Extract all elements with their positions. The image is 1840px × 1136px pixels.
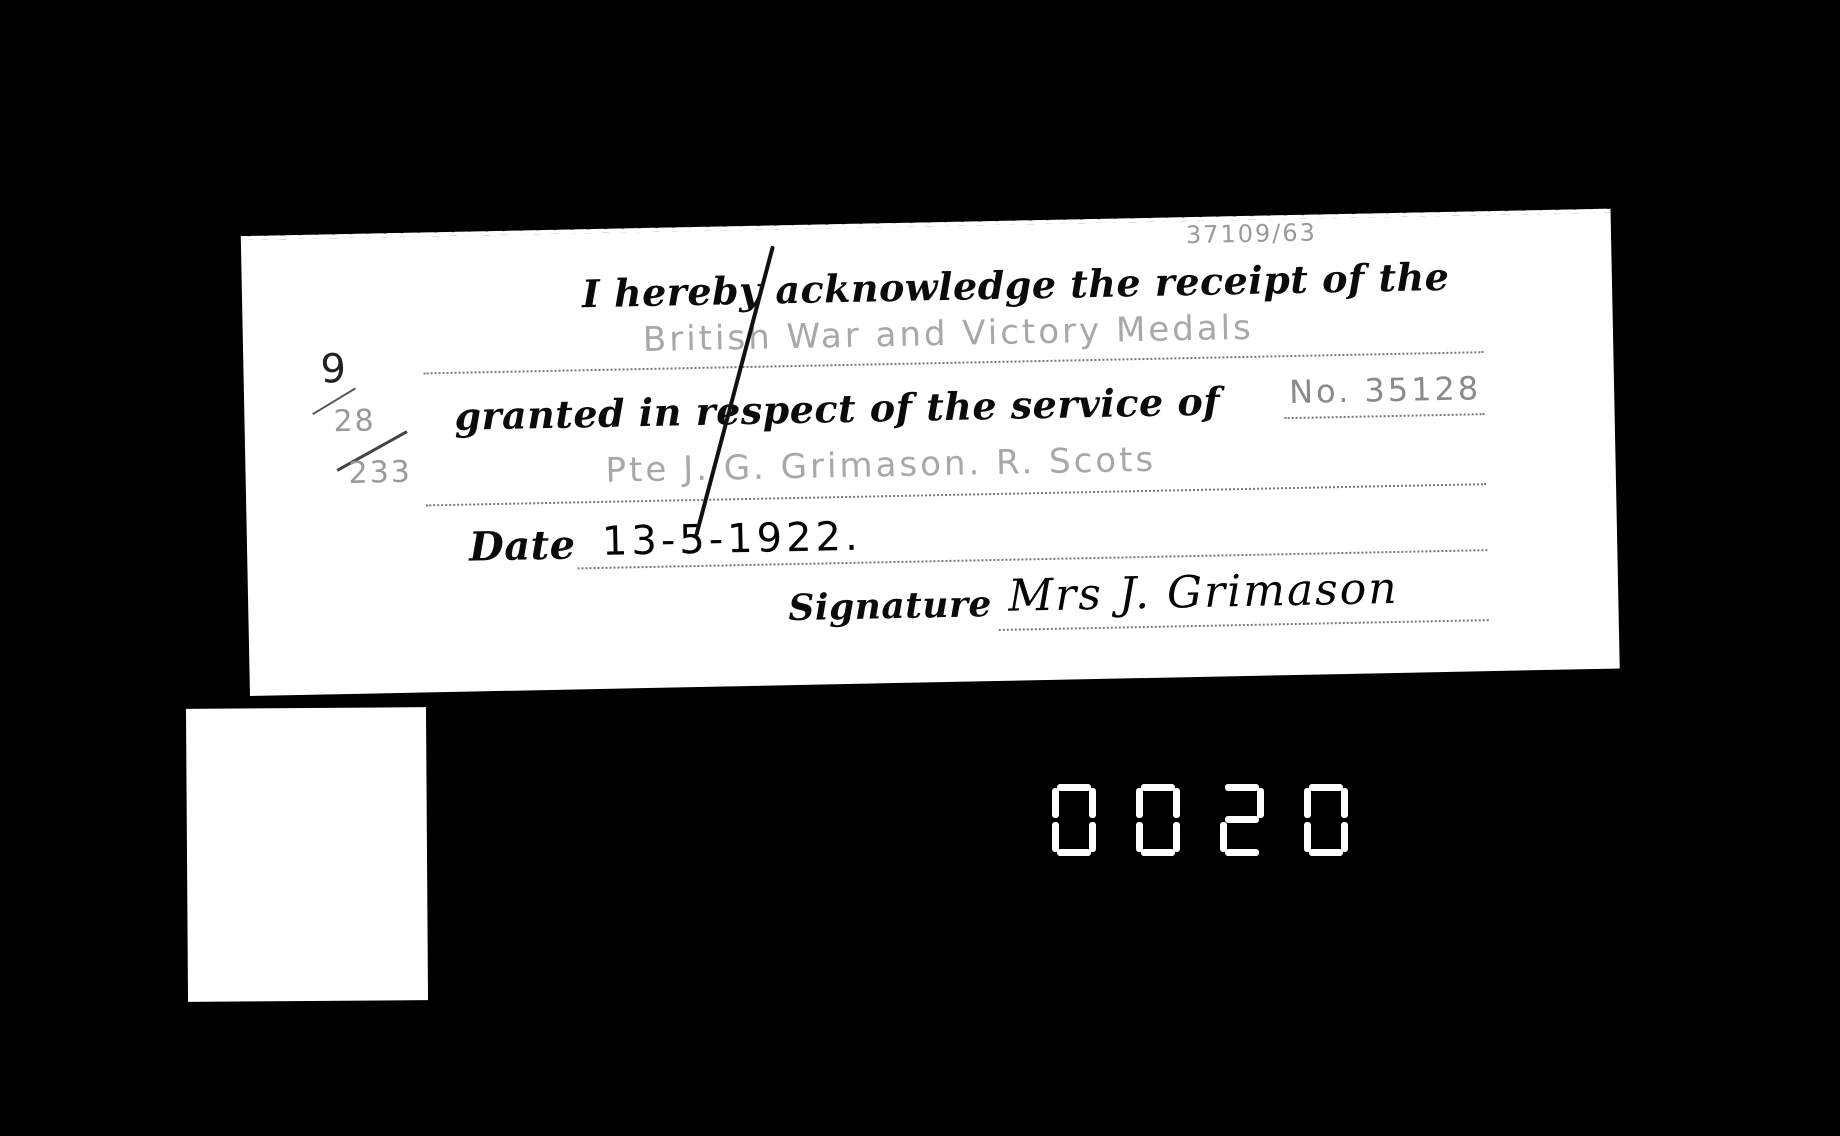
segment-e [1052, 822, 1059, 852]
segment-f [1136, 788, 1143, 818]
counter-digit [1052, 784, 1096, 856]
segment-f [1052, 788, 1059, 818]
printed-acknowledgement-line: I hereby acknowledge the receipt of the [582, 254, 1450, 316]
margin-note-middle: 28 [333, 403, 376, 439]
handwritten-service-number: No. 35128 [1289, 369, 1482, 411]
segment-c [1173, 822, 1180, 852]
segment-a [1057, 784, 1091, 791]
segment-b [1341, 788, 1348, 818]
dotted-rule [1285, 413, 1485, 419]
segment-d [1225, 849, 1259, 856]
reference-number: 37109/63 [1186, 218, 1318, 249]
segment-d [1141, 849, 1175, 856]
handwritten-soldier-name: Pte J. G. Grimason. R. Scots [605, 440, 1156, 491]
dotted-rule [426, 483, 1486, 506]
segment-b [1257, 788, 1264, 818]
segment-b [1173, 788, 1180, 818]
segment-c [1341, 822, 1348, 852]
counter-digit [1220, 784, 1264, 856]
segment-d [1309, 849, 1343, 856]
dotted-rule [424, 351, 1484, 374]
segment-e [1136, 822, 1143, 852]
segment-b [1089, 788, 1096, 818]
segment-a [1309, 784, 1343, 791]
segment-a [1141, 784, 1175, 791]
segment-d [1057, 849, 1091, 856]
segment-a [1225, 784, 1259, 791]
segment-c [1089, 822, 1096, 852]
segment-f [1304, 788, 1311, 818]
perforated-edge [241, 203, 1611, 240]
receipt-slip: 37109/63 9 28 233 I hereby acknowledge t… [241, 209, 1620, 696]
handwritten-medals: British War and Victory Medals [643, 308, 1255, 360]
microfilm-frame: 37109/63 9 28 233 I hereby acknowledge t… [0, 0, 1840, 1136]
segment-g [1225, 816, 1259, 823]
dotted-rule [999, 619, 1489, 631]
handwritten-signature: Mrs J. Grimason [1008, 563, 1399, 622]
segment-e [1220, 822, 1227, 852]
handwritten-date: 13-5-1922. [602, 514, 863, 565]
counter-digit [1304, 784, 1348, 856]
margin-note-top: 9 [320, 346, 346, 393]
blank-card [186, 707, 428, 1002]
margin-notes: 9 28 233 [308, 345, 421, 517]
segment-e [1304, 822, 1311, 852]
printed-service-line: granted in respect of the service of [454, 378, 1221, 438]
printed-signature-label: Signature [788, 583, 992, 629]
margin-note-bottom: 233 [348, 455, 412, 491]
printed-date-label: Date [469, 521, 576, 570]
counter-digit [1136, 784, 1180, 856]
frame-counter [1052, 784, 1348, 856]
